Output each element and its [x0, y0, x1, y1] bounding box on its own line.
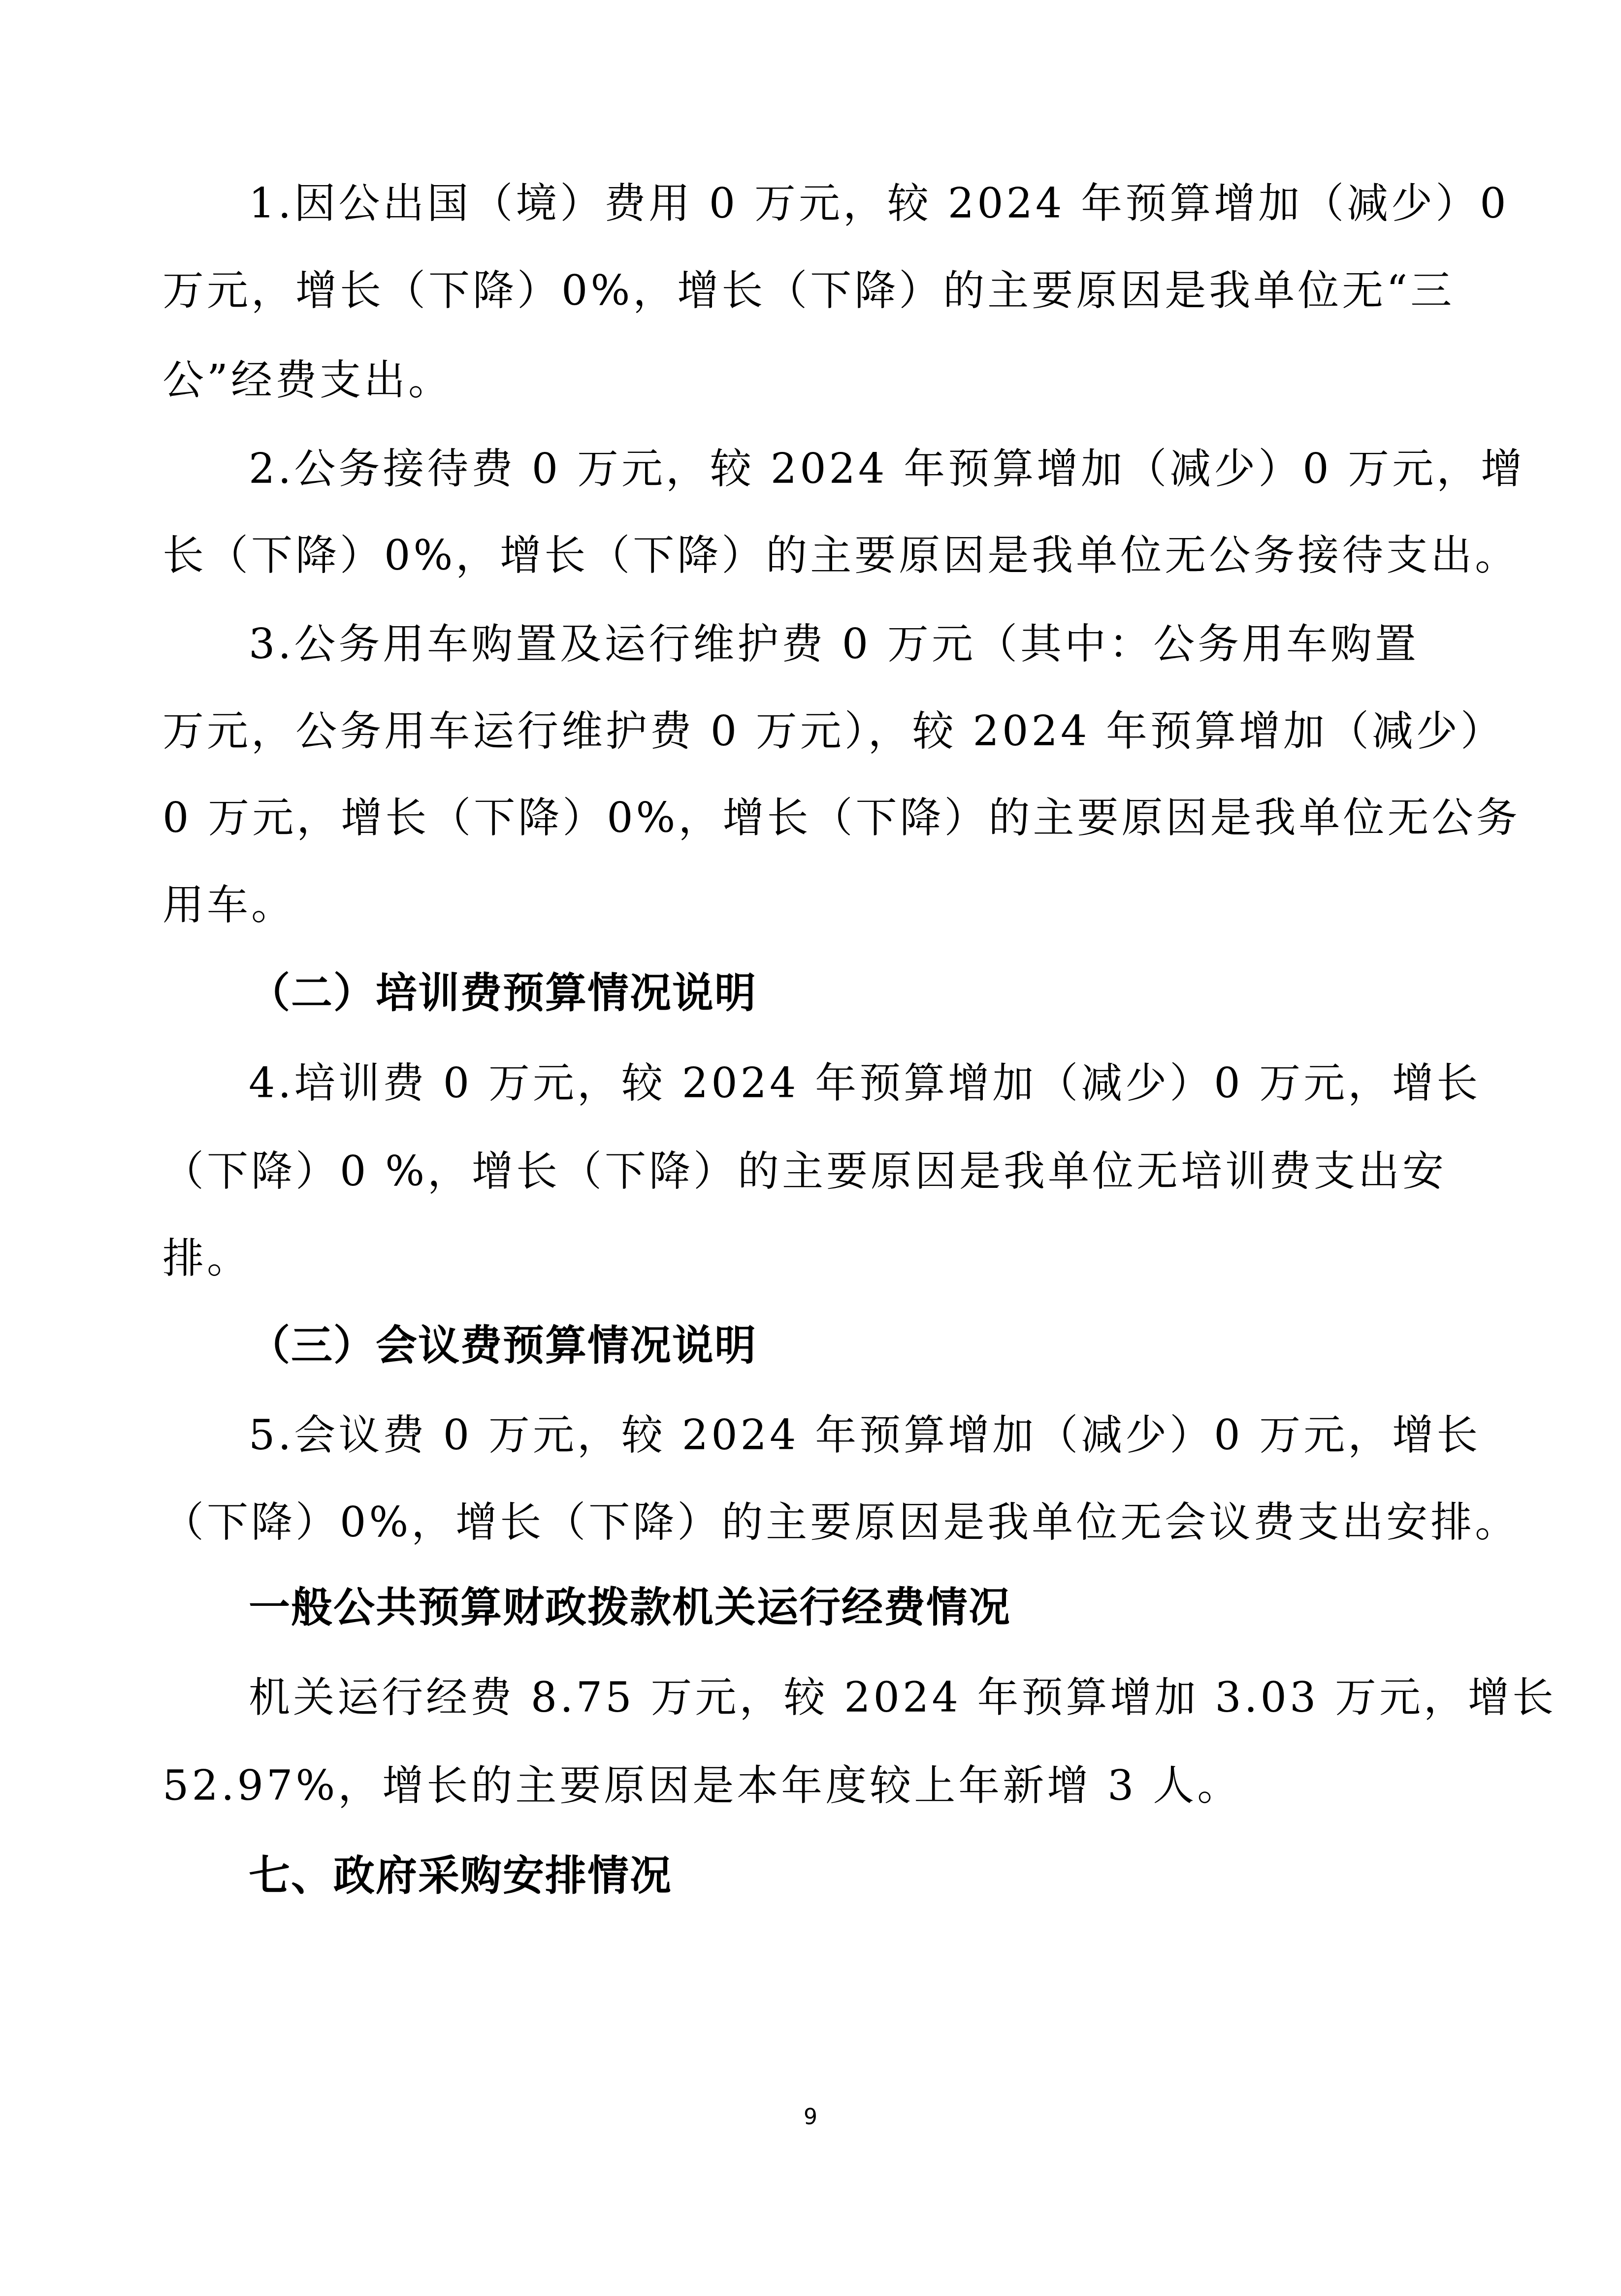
- paragraph-line-official-reception: 2.公务接待费 0 万元，较 2024 年预算增加（减少）0 万元，增: [249, 439, 1525, 498]
- section-heading-procurement: 七、政府采购安排情况: [249, 1846, 672, 1905]
- section-heading-operating-costs: 一般公共预算财政拨款机关运行经费情况: [249, 1578, 1011, 1637]
- paragraph-line-training: 4.培训费 0 万元，较 2024 年预算增加（减少）0 万元，增长: [249, 1053, 1481, 1113]
- section-heading-training: （二）培训费预算情况说明: [249, 963, 757, 1022]
- document-page: 1.因公出国（境）费用 0 万元，较 2024 年预算增加（减少）0 万元，增长…: [0, 0, 1621, 2296]
- paragraph-line: 万元，增长（下降）0%，增长（下降）的主要原因是我单位无“三: [162, 261, 1455, 320]
- paragraph-line-operating-costs: 机关运行经费 8.75 万元，较 2024 年预算增加 3.03 万元，增长: [249, 1668, 1556, 1727]
- paragraph-line: （下降）0%，增长（下降）的主要原因是我单位无会议费支出安排。: [162, 1493, 1519, 1552]
- paragraph-line: 公”经费支出。: [162, 351, 453, 410]
- page-number: 9: [0, 2105, 1621, 2130]
- paragraph-line: 52.97%，增长的主要原因是本年度较上年新增 3 人。: [162, 1756, 1241, 1815]
- section-heading-meetings: （三）会议费预算情况说明: [249, 1316, 757, 1375]
- paragraph-line: 排。: [162, 1229, 251, 1288]
- paragraph-line: 0 万元，增长（下降）0%，增长（下降）的主要原因是我单位无公务: [162, 788, 1520, 847]
- paragraph-line-overseas-travel: 1.因公出国（境）费用 0 万元，较 2024 年预算增加（减少）0: [249, 174, 1509, 233]
- paragraph-line: （下降）0 %，增长（下降）的主要原因是我单位无培训费支出安: [162, 1142, 1447, 1201]
- paragraph-line-official-vehicles: 3.公务用车购置及运行维护费 0 万元（其中：公务用车购置: [249, 614, 1419, 673]
- paragraph-line: 万元，公务用车运行维护费 0 万元），较 2024 年预算增加（减少）: [162, 702, 1505, 761]
- paragraph-line-meetings: 5.会议费 0 万元，较 2024 年预算增加（减少）0 万元，增长: [249, 1405, 1481, 1465]
- paragraph-line: 用车。: [162, 875, 295, 934]
- paragraph-line: 长（下降）0%，增长（下降）的主要原因是我单位无公务接待支出。: [162, 526, 1519, 585]
